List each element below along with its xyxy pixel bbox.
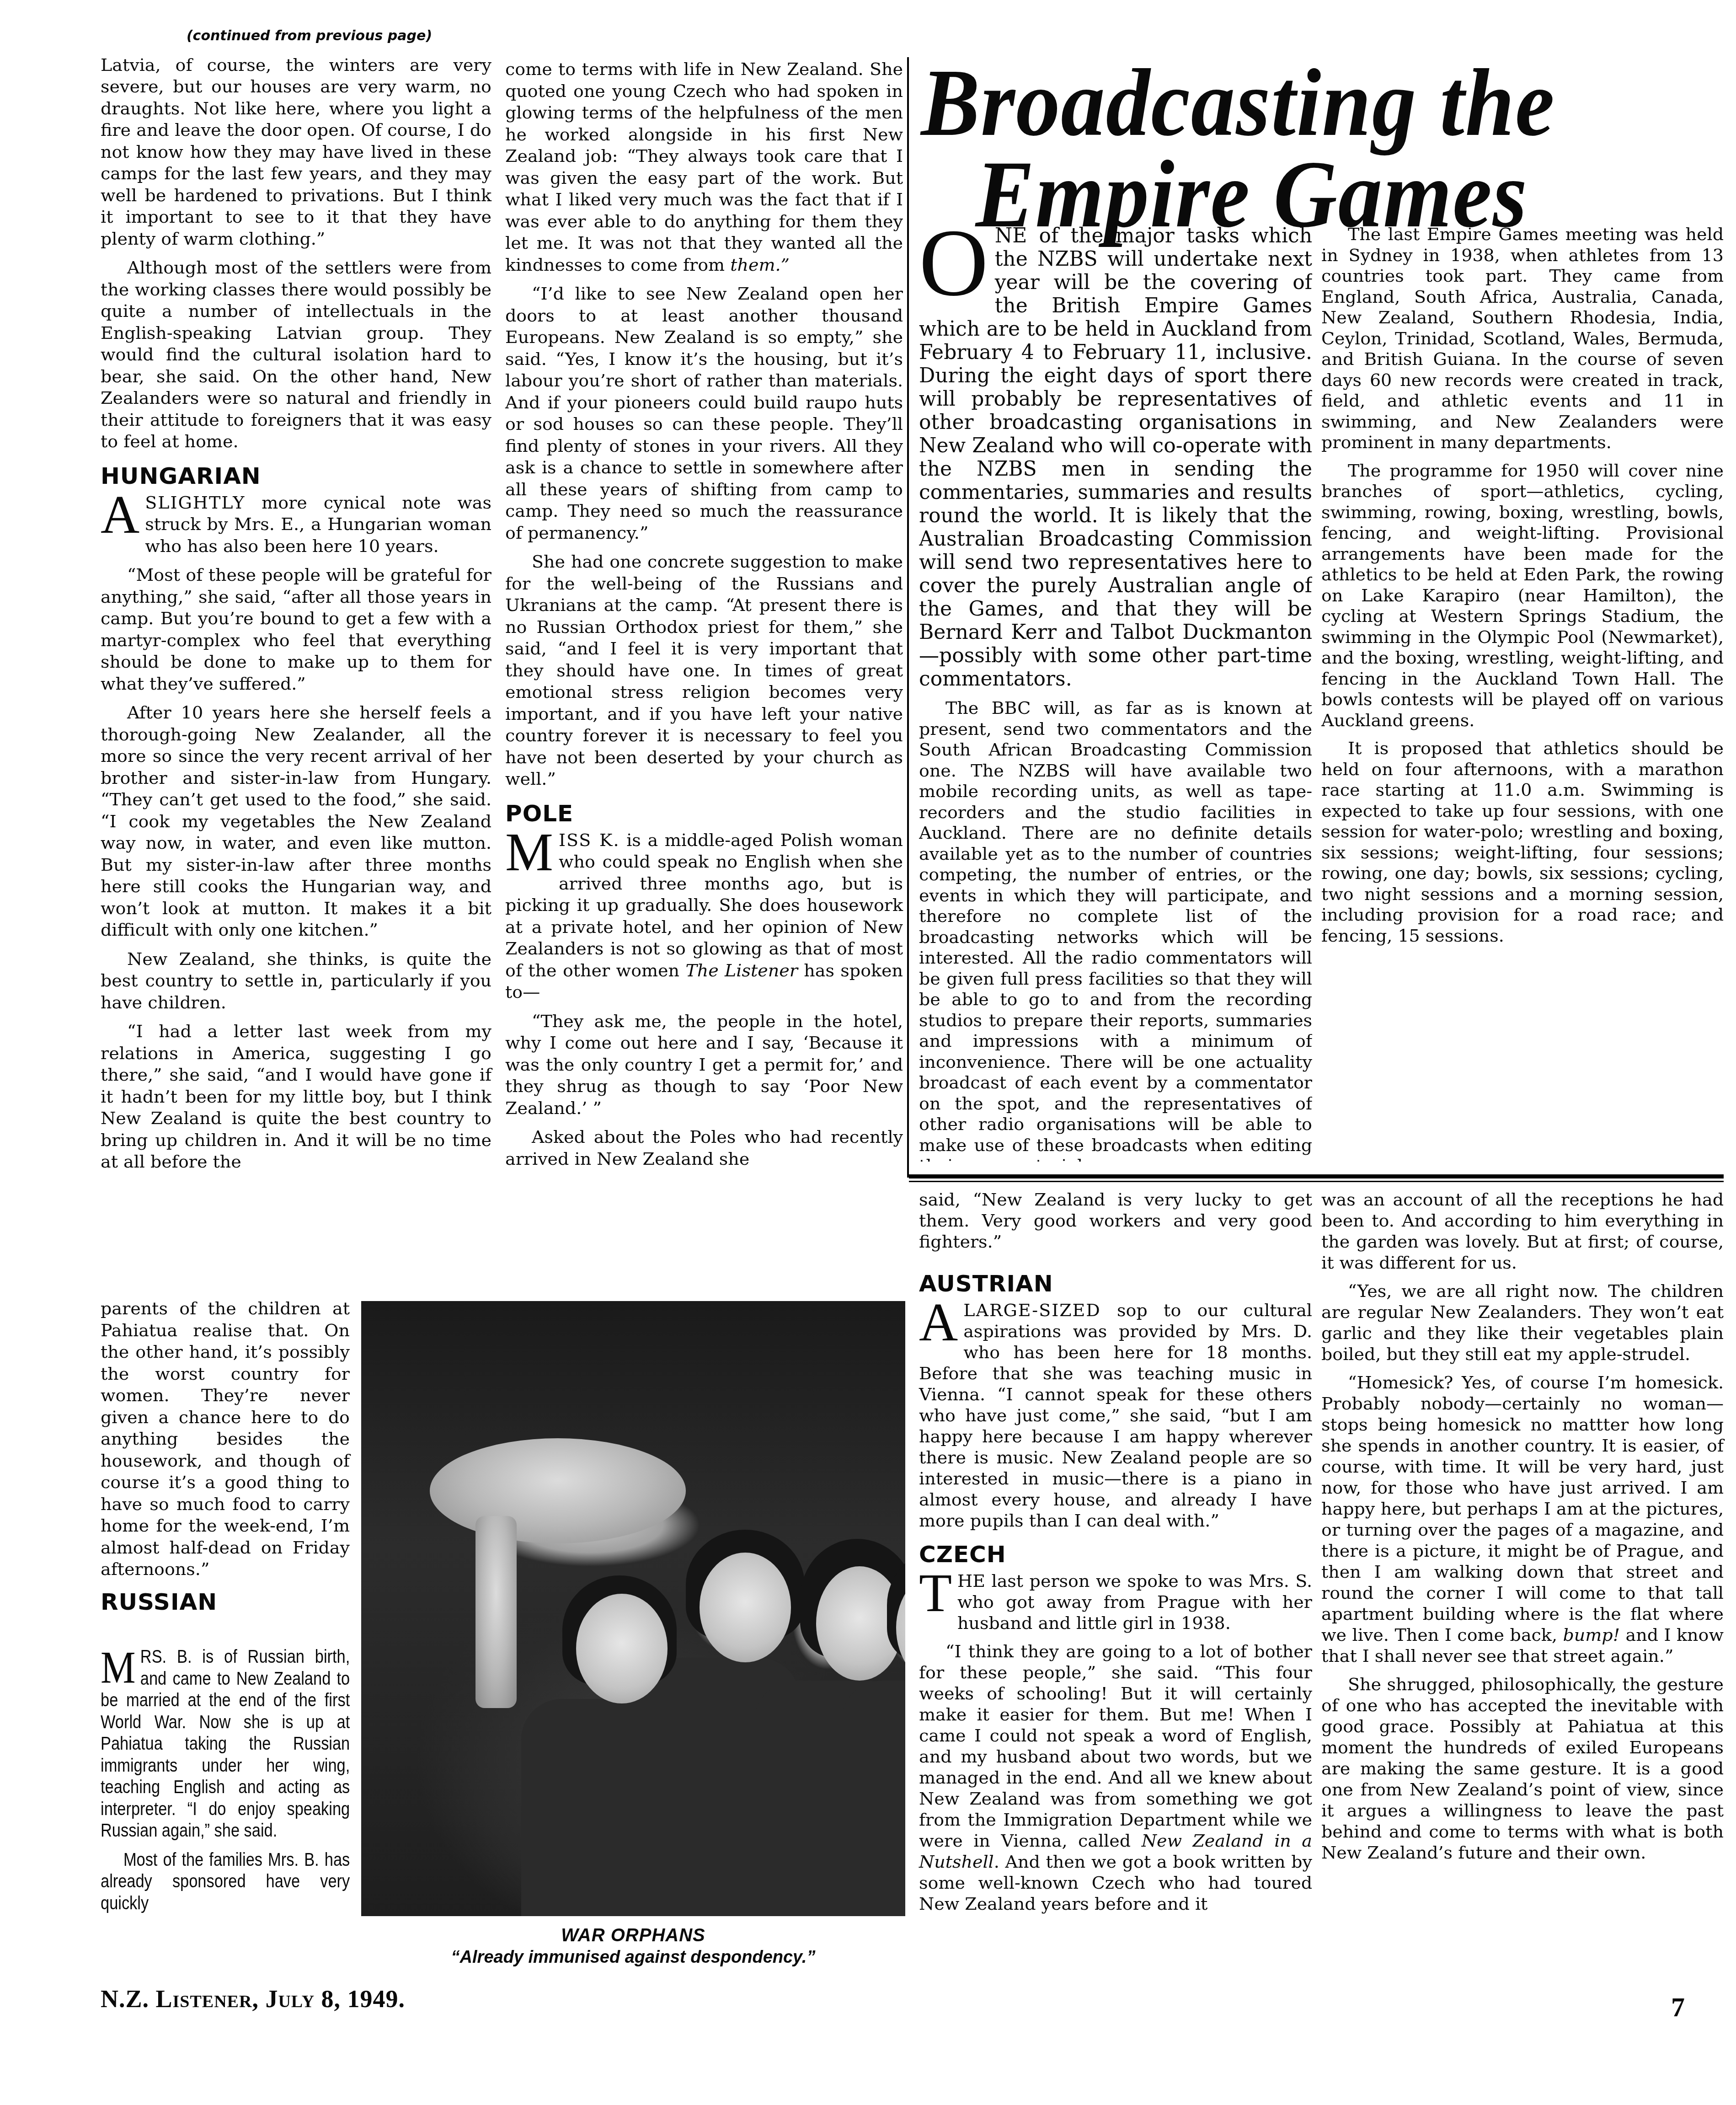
photo-lamp-stem <box>475 1516 517 1708</box>
paragraph: “They ask me, the people in the hotel, w… <box>505 1011 903 1119</box>
paragraph: The programme for 1950 will cover nine b… <box>1321 461 1724 731</box>
section-heading-hungarian: HUNGARIAN <box>101 463 491 489</box>
paragraph: “I think they are going to a lot of both… <box>919 1641 1312 1914</box>
paragraph: “Most of these people will be grateful f… <box>101 564 491 695</box>
lead-text: last person we spoke to was Mrs. S. who … <box>957 1571 1312 1633</box>
article-divider-thick <box>909 1174 1724 1178</box>
lead-caps: LARGE-SIZED <box>963 1300 1101 1320</box>
lead-paragraph: MISS K. is a middle-aged Polish woman wh… <box>505 830 903 1003</box>
paragraph: Latvia, of course, the winters are very … <box>101 54 491 250</box>
paragraph: It is proposed that athletics should be … <box>1321 738 1724 946</box>
section-heading-pole: POLE <box>505 800 903 827</box>
lead-text: sop to our cultural aspirations was prov… <box>919 1300 1312 1531</box>
paragraph: The BBC will, as far as is known at pres… <box>919 698 1312 1162</box>
lead-paragraph: ONE of the major tasks which the NZBS wi… <box>919 224 1312 691</box>
italic-text: them.” <box>730 255 790 275</box>
paragraph: said, “New Zealand is very lucky to get … <box>919 1189 1312 1252</box>
article-divider-thin <box>909 1181 1724 1182</box>
war-orphans-photo <box>361 1301 905 1916</box>
continued-note: (continued from previous page) <box>101 25 491 47</box>
paragraph: Most of the families Mrs. B. has already… <box>101 1849 350 1915</box>
paragraph: She shrugged, philosophically, the gestu… <box>1321 1674 1724 1863</box>
photo-child-face <box>700 1553 791 1662</box>
lead-paragraph: ALARGE-SIZED sop to our cultural aspirat… <box>919 1300 1312 1531</box>
section-heading-czech: CZECH <box>919 1541 1312 1568</box>
column-4-lower: was an account of all the receptions he … <box>1321 1189 1724 1870</box>
lead-text: is of Russian birth, and came to New Zea… <box>101 1647 350 1841</box>
paragraph: Asked about the Poles who had recently a… <box>505 1126 903 1170</box>
page-number: 7 <box>1671 1992 1685 2023</box>
italic-text: The Listener <box>685 960 797 980</box>
drop-cap: M <box>101 1648 135 1687</box>
caption-title: WAR ORPHANS <box>361 1924 905 1946</box>
broadcast-headline: Broadcasting the Empire Games <box>917 57 1670 240</box>
paragraph: New Zealand, she thinks, is quite the be… <box>101 948 491 1014</box>
paragraph: “I had a letter last week from my relati… <box>101 1021 491 1173</box>
column-1-narrow: parents of the children at Pahiatua real… <box>101 1298 350 1618</box>
paragraph: After 10 years here she herself feels a … <box>101 702 491 941</box>
paragraph-text: come to terms with life in New Zealand. … <box>505 59 903 275</box>
paragraph: parents of the children at Pahiatua real… <box>101 1298 350 1580</box>
paragraph: “I’d like to see New Zealand open her do… <box>505 283 903 544</box>
drop-cap: A <box>101 494 139 536</box>
paragraph: The last Empire Games meeting was held i… <box>1321 224 1724 453</box>
drop-cap: O <box>919 224 988 302</box>
column-1: (continued from previous page) Latvia, o… <box>101 25 491 1173</box>
headline-line-1: Broadcasting the <box>917 57 1670 149</box>
photo-child-coat <box>841 1681 905 1916</box>
italic-text: bump! <box>1563 1625 1620 1645</box>
lead-paragraph: ASLIGHTLY more cynical note was struck b… <box>101 492 491 557</box>
lead-caps: NE <box>995 224 1027 247</box>
paragraph: “Yes, we are all right now. The children… <box>1321 1280 1724 1365</box>
paragraph: Although most of the settlers were from … <box>101 257 491 453</box>
drop-cap: M <box>505 831 553 873</box>
paragraph: “Homesick? Yes, of course I’m homesick. … <box>1321 1372 1724 1666</box>
paragraph: She had one concrete suggestion to make … <box>505 551 903 790</box>
drop-cap: T <box>919 1572 952 1614</box>
broadcast-column-2: The last Empire Games meeting was held i… <box>1321 224 1724 1162</box>
drop-cap: A <box>919 1302 958 1344</box>
lead-paragraph: THE last person we spoke to was Mrs. S. … <box>919 1570 1312 1634</box>
section-heading-russian: RUSSIAN <box>101 1589 350 1615</box>
paragraph-text: “I think they are going to a lot of both… <box>919 1641 1312 1851</box>
photo-caption: WAR ORPHANS “Already immunised against d… <box>361 1924 905 1968</box>
section-heading-austrian: AUSTRIAN <box>919 1270 1312 1297</box>
column-2: come to terms with life in New Zealand. … <box>505 59 903 1177</box>
lead-caps: SLIGHTLY <box>145 493 245 513</box>
paragraph: was an account of all the receptions he … <box>1321 1189 1724 1273</box>
lead-text: is a middle-aged Polish woman who could … <box>505 830 903 980</box>
column-3-lower: said, “New Zealand is very lucky to get … <box>919 1189 1312 1922</box>
photo-child-face <box>576 1594 668 1703</box>
publication-footer: N.Z. Listener, July 8, 1949. <box>101 1985 405 2013</box>
lead-caps: RS. B. <box>140 1647 192 1667</box>
lead-paragraph: MRS. B. is of Russian birth, and came to… <box>101 1646 350 1842</box>
caption-subtitle: “Already immunised against despondency.” <box>361 1946 905 1968</box>
lead-caps: HE <box>957 1571 985 1591</box>
lead-caps: ISS K. <box>559 830 620 850</box>
column-divider <box>907 57 909 1178</box>
broadcast-column-1: ONE of the major tasks which the NZBS wi… <box>919 224 1312 1162</box>
paragraph-text: “Homesick? Yes, of course I’m homesick. … <box>1321 1372 1724 1645</box>
photo-lamp-shape <box>430 1438 686 1543</box>
paragraph: come to terms with life in New Zealand. … <box>505 59 903 276</box>
publication-line: N.Z. Listener, July 8, 1949. <box>101 1985 405 2013</box>
column-1-russian: MRS. B. is of Russian birth, and came to… <box>101 1646 350 1922</box>
